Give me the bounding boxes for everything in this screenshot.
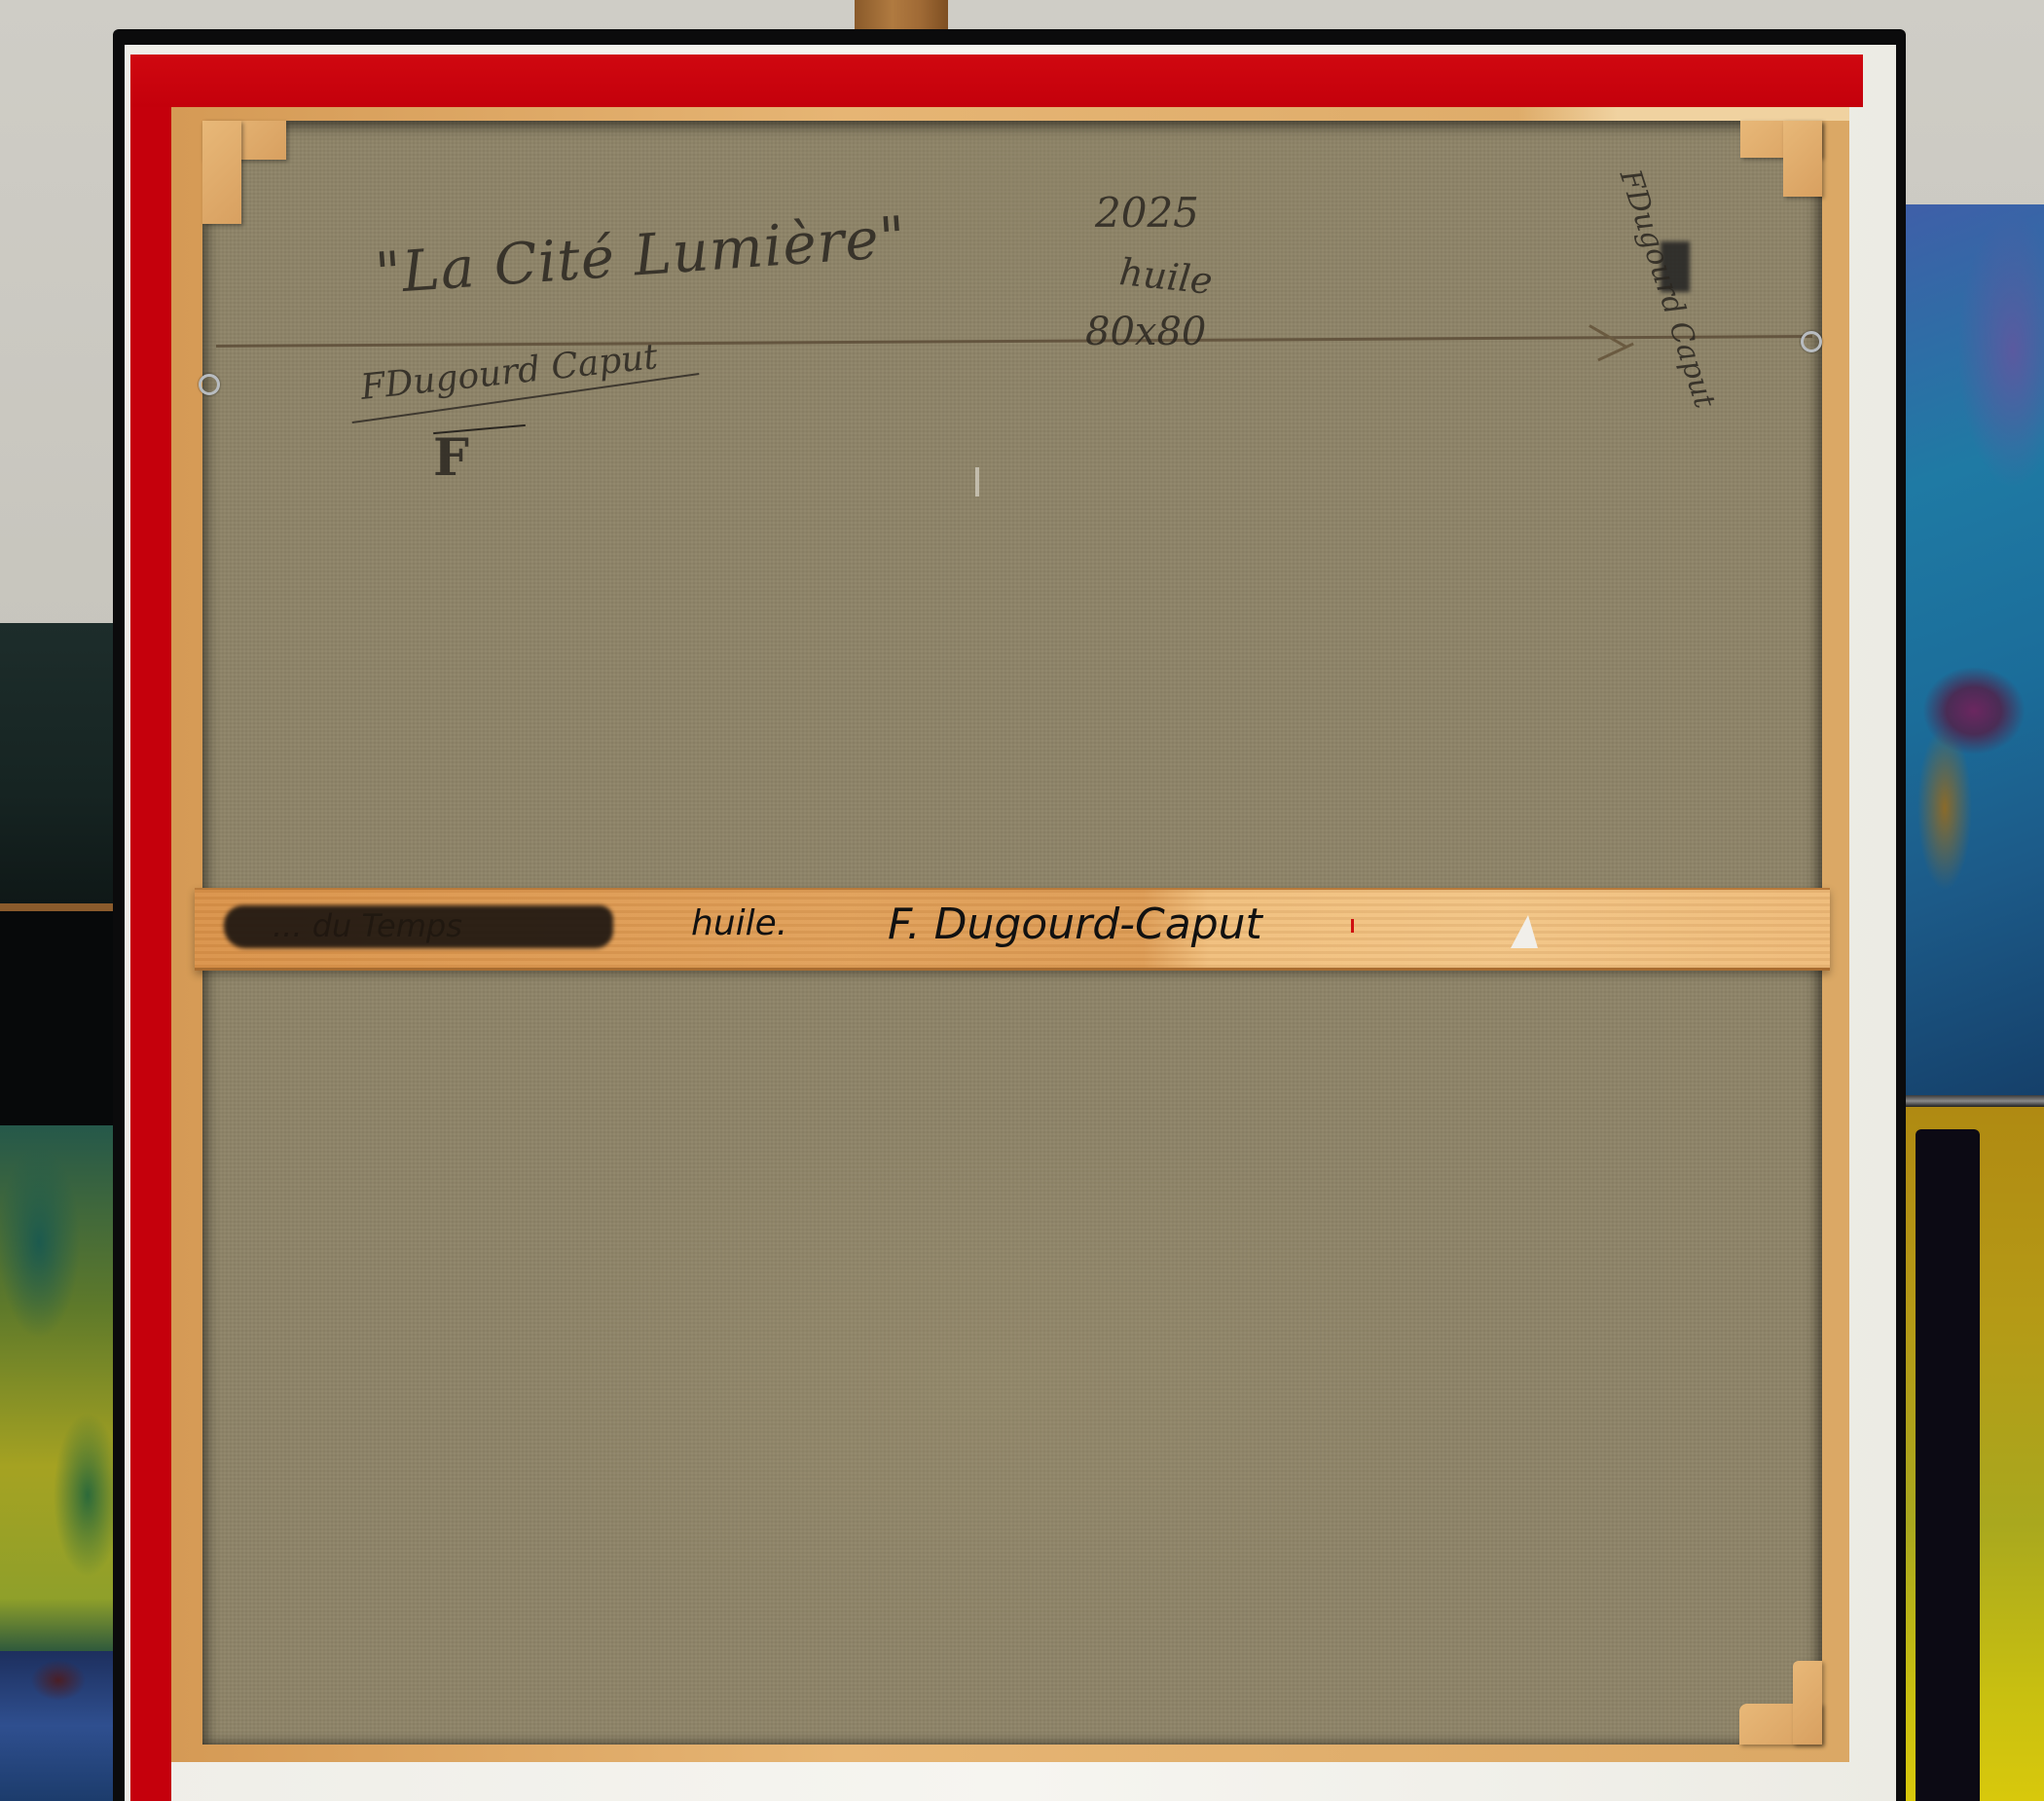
stretcher-crossbar: ... du Temps huile. F. Dugourd-Caput bbox=[195, 888, 1830, 971]
stretcher-joint-highlight bbox=[1518, 107, 1849, 121]
screw-eye-left bbox=[199, 374, 220, 395]
white-paint-chip bbox=[1511, 915, 1538, 948]
red-tape-top bbox=[130, 55, 1863, 107]
red-tape-left bbox=[130, 55, 171, 1801]
red-paint-mark bbox=[1351, 919, 1354, 933]
background-painting-blue bbox=[0, 1651, 117, 1801]
background-frame-gap bbox=[1906, 1095, 2044, 1107]
background-frame-strip bbox=[0, 903, 117, 911]
monogram: F bbox=[433, 428, 469, 488]
corner-key-top-right-arm bbox=[1783, 121, 1822, 197]
crossbar-artist-name: F. Dugourd-Caput bbox=[888, 900, 1262, 949]
corner-key-bottom-right-arm bbox=[1793, 1661, 1822, 1745]
crossed-out-text: ... du Temps bbox=[273, 907, 462, 944]
background-painting-dark-teal bbox=[0, 623, 117, 905]
background-black-frame bbox=[1916, 1129, 1980, 1801]
crossbar-medium: huile. bbox=[691, 903, 787, 943]
corner-key-top-left-arm bbox=[202, 121, 241, 224]
screw-eye-right bbox=[1801, 331, 1822, 352]
paint-speck bbox=[975, 467, 979, 496]
painting-year: 2025 bbox=[1095, 189, 1199, 237]
background-painting-blue-swirl bbox=[1906, 204, 2044, 1095]
background-painting-black bbox=[0, 911, 117, 1125]
painting-size: 80x80 bbox=[1085, 310, 1206, 354]
background-painting-green-yellow bbox=[0, 1125, 117, 1651]
